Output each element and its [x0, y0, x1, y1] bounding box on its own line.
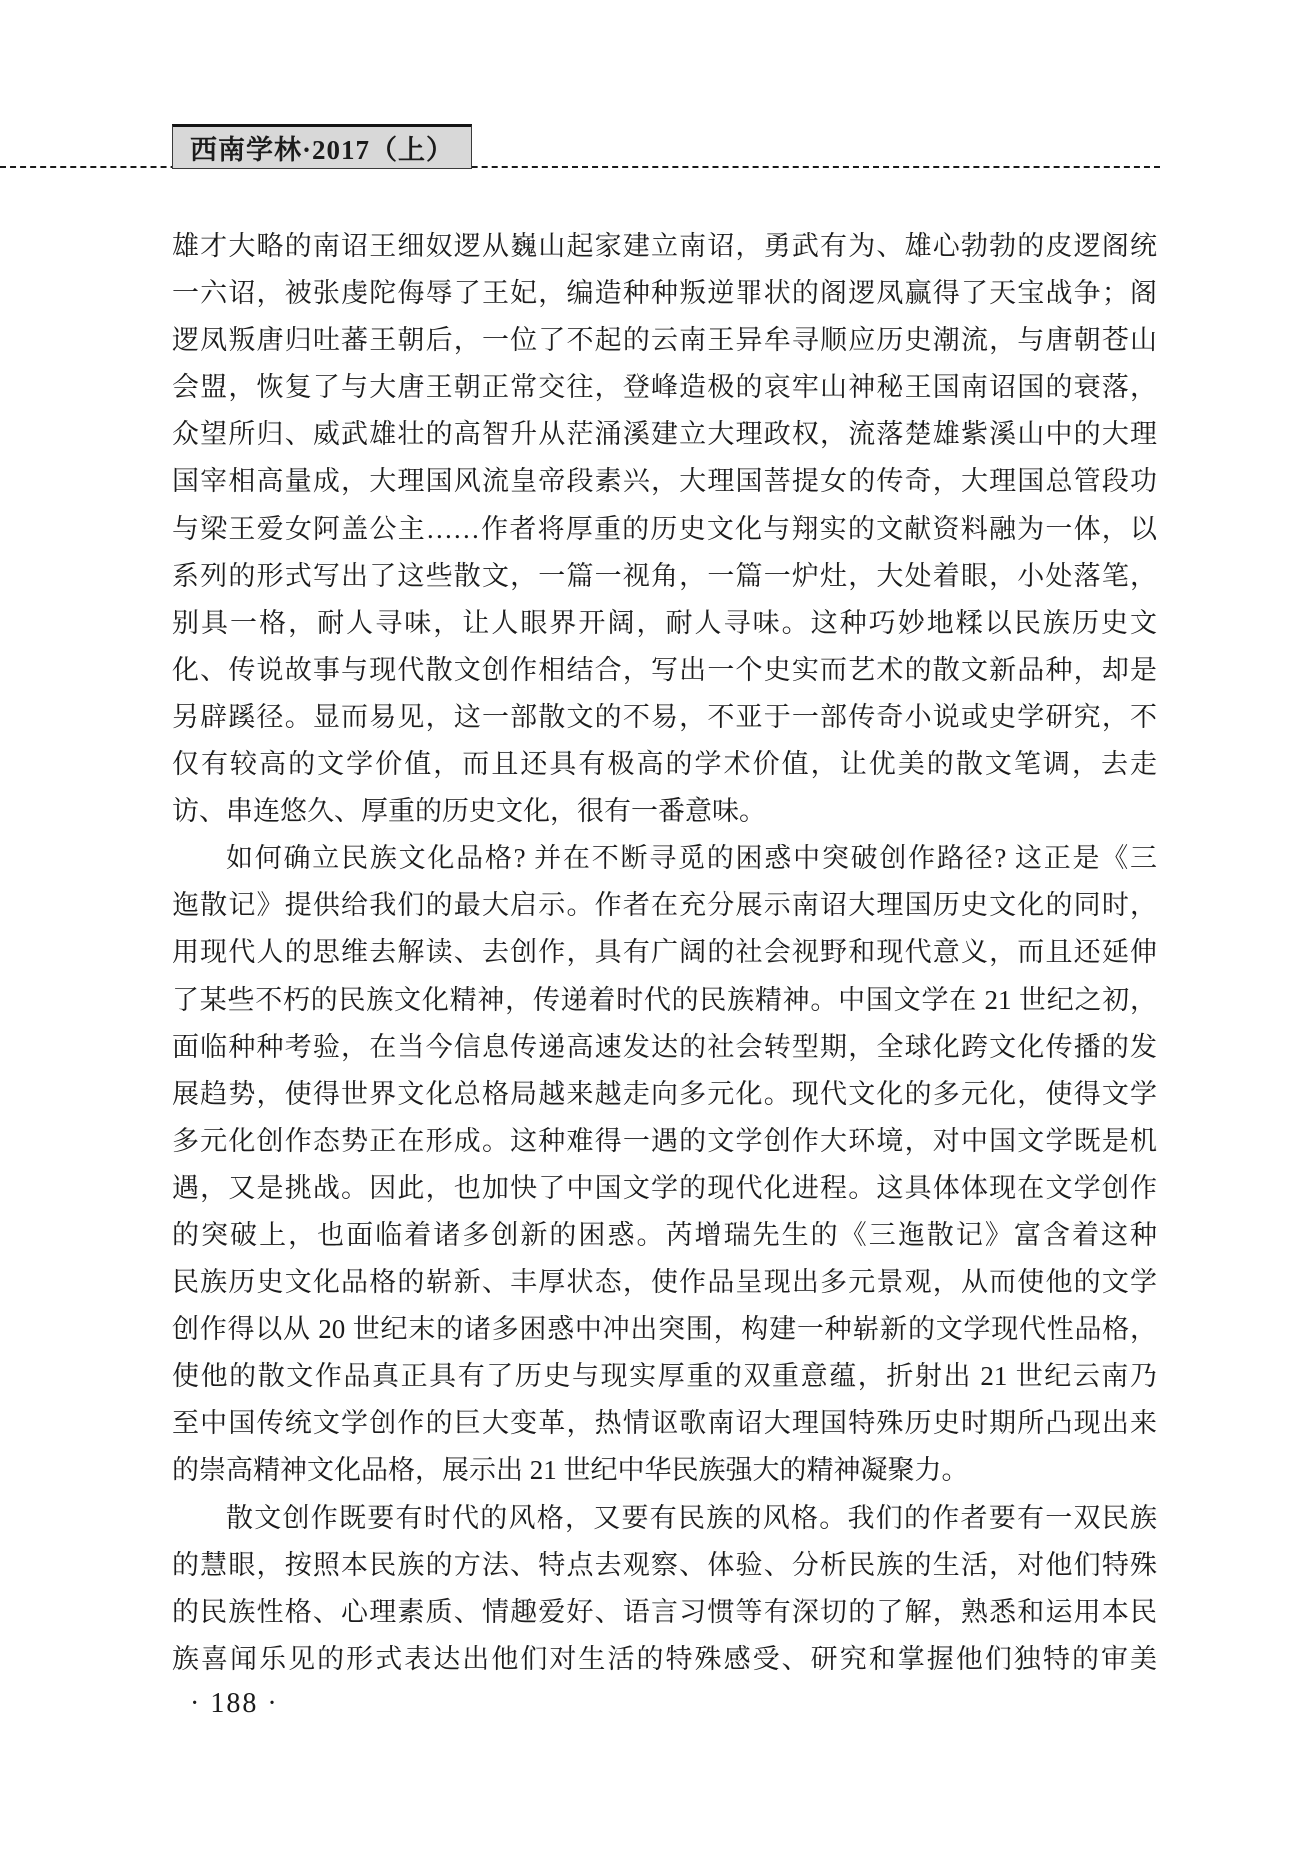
text-line: 迤散记》提供给我们的最大启示。作者在充分展示南诏大理国历史文化的同时， [172, 882, 1157, 929]
text-line: 了某些不朽的民族文化精神，传递着时代的民族精神。中国文学在 21 世纪之初， [172, 977, 1157, 1024]
document-page: 西南学林·2017（上） 雄才大略的南诏王细奴逻从巍山起家建立南诏，勇武有为、雄… [0, 0, 1307, 1859]
page-text: 雄才大略的南诏王细奴逻从巍山起家建立南诏，勇武有为、雄心勃勃的皮逻阁统一六诏，被… [172, 223, 1157, 1683]
text-line: 用现代人的思维去解读、去创作，具有广阔的社会视野和现代意义，而且还延伸 [172, 929, 1157, 976]
text-line: 如何确立民族文化品格? 并在不断寻觅的困惑中突破创作路径? 这正是《三 [172, 835, 1157, 882]
text-line: 至中国传统文学创作的巨大变革，热情讴歌南诏大理国特殊历史时期所凸现出来 [172, 1400, 1157, 1447]
page-number: · 188 · [190, 1688, 279, 1720]
text-line: 的慧眼，按照本民族的方法、特点去观察、体验、分析民族的生活，对他们特殊 [172, 1542, 1157, 1589]
text-line: 遇，又是挑战。因此，也加快了中国文学的现代化进程。这具体体现在文学创作 [172, 1165, 1157, 1212]
text-line: 多元化创作态势正在形成。这种难得一遇的文学创作大环境，对中国文学既是机 [172, 1118, 1157, 1165]
text-line: 展趋势，使得世界文化总格局越来越走向多元化。现代文化的多元化，使得文学 [172, 1071, 1157, 1118]
text-line: 另辟蹊径。显而易见，这一部散文的不易，不亚于一部传奇小说或史学研究，不 [172, 694, 1157, 741]
text-line: 族喜闻乐见的形式表达出他们对生活的特殊感受、研究和掌握他们独特的审美 [172, 1636, 1157, 1683]
text-line: 仅有较高的文学价值，而且还具有极高的学术价值，让优美的散文笔调，去走 [172, 741, 1157, 788]
text-line: 一六诏，被张虔陀侮辱了王妃，编造种种叛逆罪状的阁逻凤赢得了天宝战争；阁 [172, 270, 1157, 317]
paragraph: 如何确立民族文化品格? 并在不断寻觅的困惑中突破创作路径? 这正是《三迤散记》提… [172, 835, 1157, 1494]
text-line: 与梁王爱女阿盖公主……作者将厚重的历史文化与翔实的文献资料融为一体，以 [172, 506, 1157, 553]
text-line: 别具一格，耐人寻味，让人眼界开阔，耐人寻味。这种巧妙地糅以民族历史文 [172, 600, 1157, 647]
journal-title: 西南学林·2017（上） [190, 128, 454, 167]
text-line: 的突破上，也面临着诸多创新的困惑。芮增瑞先生的《三迤散记》富含着这种 [172, 1212, 1157, 1259]
text-line: 创作得以从 20 世纪末的诸多困惑中冲出突围，构建一种崭新的文学现代性品格， [172, 1306, 1157, 1353]
text-line: 使他的散文作品真正具有了历史与现实厚重的双重意蕴，折射出 21 世纪云南乃 [172, 1353, 1157, 1400]
text-line: 面临种种考验，在当今信息传递高速发达的社会转型期，全球化跨文化传播的发 [172, 1024, 1157, 1071]
paragraph: 散文创作既要有时代的风格，又要有民族的风格。我们的作者要有一双民族的慧眼，按照本… [172, 1495, 1157, 1683]
text-line: 系列的形式写出了这些散文，一篇一视角，一篇一炉灶，大处着眼，小处落笔， [172, 553, 1157, 600]
text-line: 民族历史文化品格的崭新、丰厚状态，使作品呈现出多元景观，从而使他的文学 [172, 1259, 1157, 1306]
text-line: 的民族性格、心理素质、情趣爱好、语言习惯等有深切的了解，熟悉和运用本民 [172, 1589, 1157, 1636]
text-line: 国宰相高量成，大理国风流皇帝段素兴，大理国菩提女的传奇，大理国总管段功 [172, 458, 1157, 505]
journal-header-badge: 西南学林·2017（上） [172, 124, 472, 169]
text-line: 的崇高精神文化品格，展示出 21 世纪中华民族强大的精神凝聚力。 [172, 1447, 1157, 1494]
text-line: 散文创作既要有时代的风格，又要有民族的风格。我们的作者要有一双民族 [172, 1495, 1157, 1542]
text-line: 化、传说故事与现代散文创作相结合，写出一个史实而艺术的散文新品种，却是 [172, 647, 1157, 694]
text-line: 会盟，恢复了与大唐王朝正常交往，登峰造极的哀牢山神秘王国南诏国的衰落， [172, 364, 1157, 411]
text-line: 逻凤叛唐归吐蕃王朝后，一位了不起的云南王异牟寻顺应历史潮流，与唐朝苍山 [172, 317, 1157, 364]
text-line: 访、串连悠久、厚重的历史文化，很有一番意味。 [172, 788, 1157, 835]
paragraph: 雄才大略的南诏王细奴逻从巍山起家建立南诏，勇武有为、雄心勃勃的皮逻阁统一六诏，被… [172, 223, 1157, 835]
text-line: 雄才大略的南诏王细奴逻从巍山起家建立南诏，勇武有为、雄心勃勃的皮逻阁统 [172, 223, 1157, 270]
text-line: 众望所归、威武雄壮的高智升从茫涌溪建立大理政权，流落楚雄紫溪山中的大理 [172, 411, 1157, 458]
